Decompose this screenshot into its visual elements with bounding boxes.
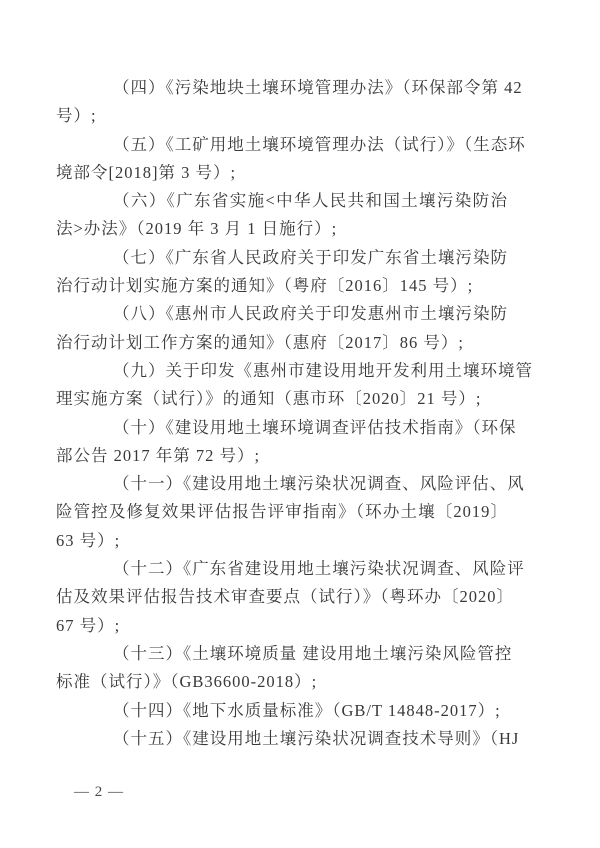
page-number: — 2 — [74,782,124,802]
document-line: 境部令[2018]第 3 号）; [56,159,508,187]
document-line: 险管控及修复效果评估报告评审指南》（环办土壤〔2019〕 [56,498,508,526]
document-line: （十五）《建设用地土壤污染状况调查技术导则》（HJ [56,725,508,753]
document-line: 63 号）; [56,527,508,555]
document-line: （十四）《地下水质量标准》（GB/T 14848-2017）; [56,697,508,725]
document-line: 部公告 2017 年第 72 号）; [56,442,508,470]
document-line: （四）《污染地块土壤环境管理办法》（环保部令第 42 [56,74,508,102]
document-line: 理实施方案（试行）》的通知（惠市环〔2020〕21 号）; [56,385,508,413]
document-line: 法>办法》（2019 年 3 月 1 日施行）; [56,215,508,243]
document-body: （四）《污染地块土壤环境管理办法》（环保部令第 42 号）; （五）《工矿用地土… [56,74,508,753]
document-line: （十）《建设用地土壤环境调查评估技术指南》（环保 [56,414,508,442]
document-line: （九）关于印发《惠州市建设用地开发利用土壤环境管 [56,357,508,385]
document-line: （十三）《土壤环境质量 建设用地土壤污染风险管控 [56,640,508,668]
document-line: 估及效果评估报告技术审查要点（试行）》（粤环办〔2020〕 [56,583,508,611]
document-line: 67 号）; [56,612,508,640]
document-line: 标准（试行）》（GB36600-2018）; [56,668,508,696]
document-page: （四）《污染地块土壤环境管理办法》（环保部令第 42 号）; （五）《工矿用地土… [0,0,600,848]
document-line: 号）; [56,102,508,130]
document-line: 治行动计划实施方案的通知》（粤府〔2016〕145 号）; [56,272,508,300]
document-line: 治行动计划工作方案的通知》（惠府〔2017〕86 号）; [56,329,508,357]
document-line: （八）《惠州市人民政府关于印发惠州市土壤污染防 [56,300,508,328]
document-line: （七）《广东省人民政府关于印发广东省土壤污染防 [56,244,508,272]
document-line: （六）《广东省实施<中华人民共和国土壤污染防治 [56,187,508,215]
document-line: （五）《工矿用地土壤环境管理办法（试行）》（生态环 [56,131,508,159]
document-line: （十一）《建设用地土壤污染状况调查、风险评估、风 [56,470,508,498]
document-line: （十二）《广东省建设用地土壤污染状况调查、风险评 [56,555,508,583]
